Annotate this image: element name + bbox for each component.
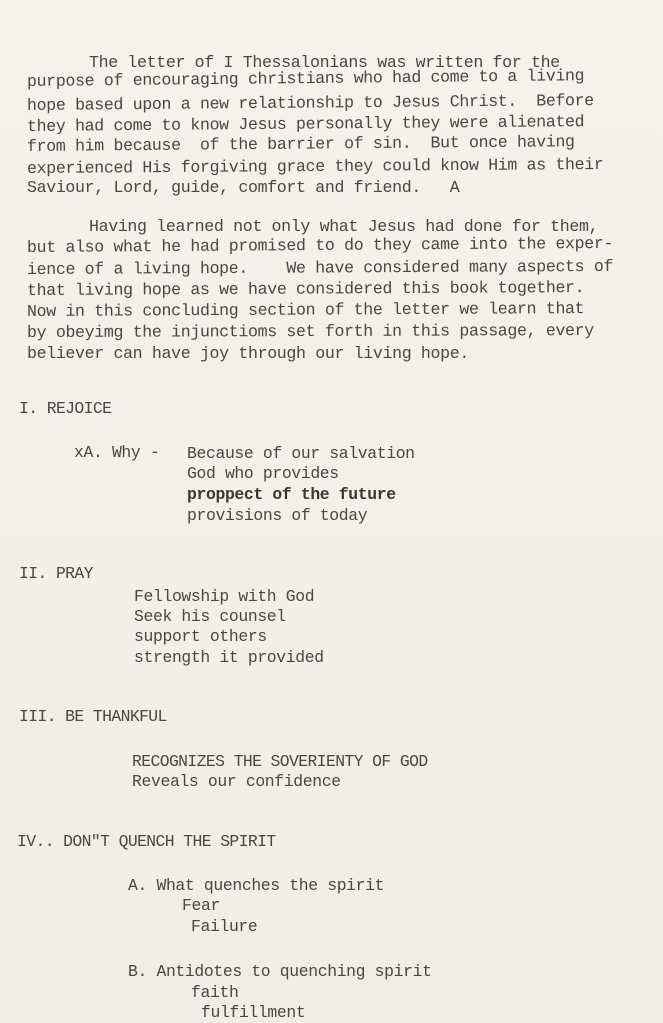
paragraph-line: but also what he had promised to do they… xyxy=(27,234,613,258)
outline-item: Because of our salvation xyxy=(187,444,415,464)
outline-item: RECOGNIZES THE SOVERIENTY OF GOD xyxy=(132,752,428,772)
outline-item: Reveals our confidence xyxy=(132,772,341,792)
subsection-label-why: xA. Why - xyxy=(74,443,159,463)
outline-item: provisions of today xyxy=(187,506,367,526)
outline-item: proppect of the future xyxy=(187,485,396,505)
subsection-label-antidotes: B. Antidotes to quenching spirit xyxy=(128,962,432,982)
outline-item: Failure xyxy=(191,917,257,937)
paragraph-line: from him because of the barrier of sin. … xyxy=(27,132,575,157)
paragraph-line: Now in this concluding section of the le… xyxy=(27,299,584,322)
typewritten-page: The letter of I Thessalonians was writte… xyxy=(0,0,663,1023)
section-heading-pray: II. PRAY xyxy=(19,564,93,584)
paragraph-line: Saviour, Lord, guide, comfort and friend… xyxy=(27,178,459,198)
outline-item: support others xyxy=(134,627,267,647)
paragraph-line: by obeyimg the injunctioms set forth in … xyxy=(27,321,594,343)
paragraph-line: that living hope as we have considered t… xyxy=(27,278,584,301)
outline-item: Fellowship with God xyxy=(134,587,314,607)
outline-item: strength it provided xyxy=(134,648,324,668)
outline-item: Fear xyxy=(182,896,220,916)
subsection-label-what-quenches: A. What quenches the spirit xyxy=(128,876,384,896)
outline-item: God who provides xyxy=(187,464,339,484)
paragraph-line: ience of a living hope. We have consider… xyxy=(27,257,613,280)
section-heading-be-thankful: III. BE THANKFUL xyxy=(19,707,167,727)
outline-item: Seek his counsel xyxy=(134,607,286,627)
outline-item: faith xyxy=(191,983,238,1003)
section-heading-dont-quench: IV.. DON"T QUENCH THE SPIRIT xyxy=(17,832,276,852)
section-heading-rejoice: I. REJOICE xyxy=(19,399,111,419)
paragraph-line: believer can have joy through our living… xyxy=(27,344,469,364)
paragraph-line: experienced His forgiving grace they cou… xyxy=(27,155,604,179)
outline-item: fulfillment xyxy=(201,1003,305,1023)
